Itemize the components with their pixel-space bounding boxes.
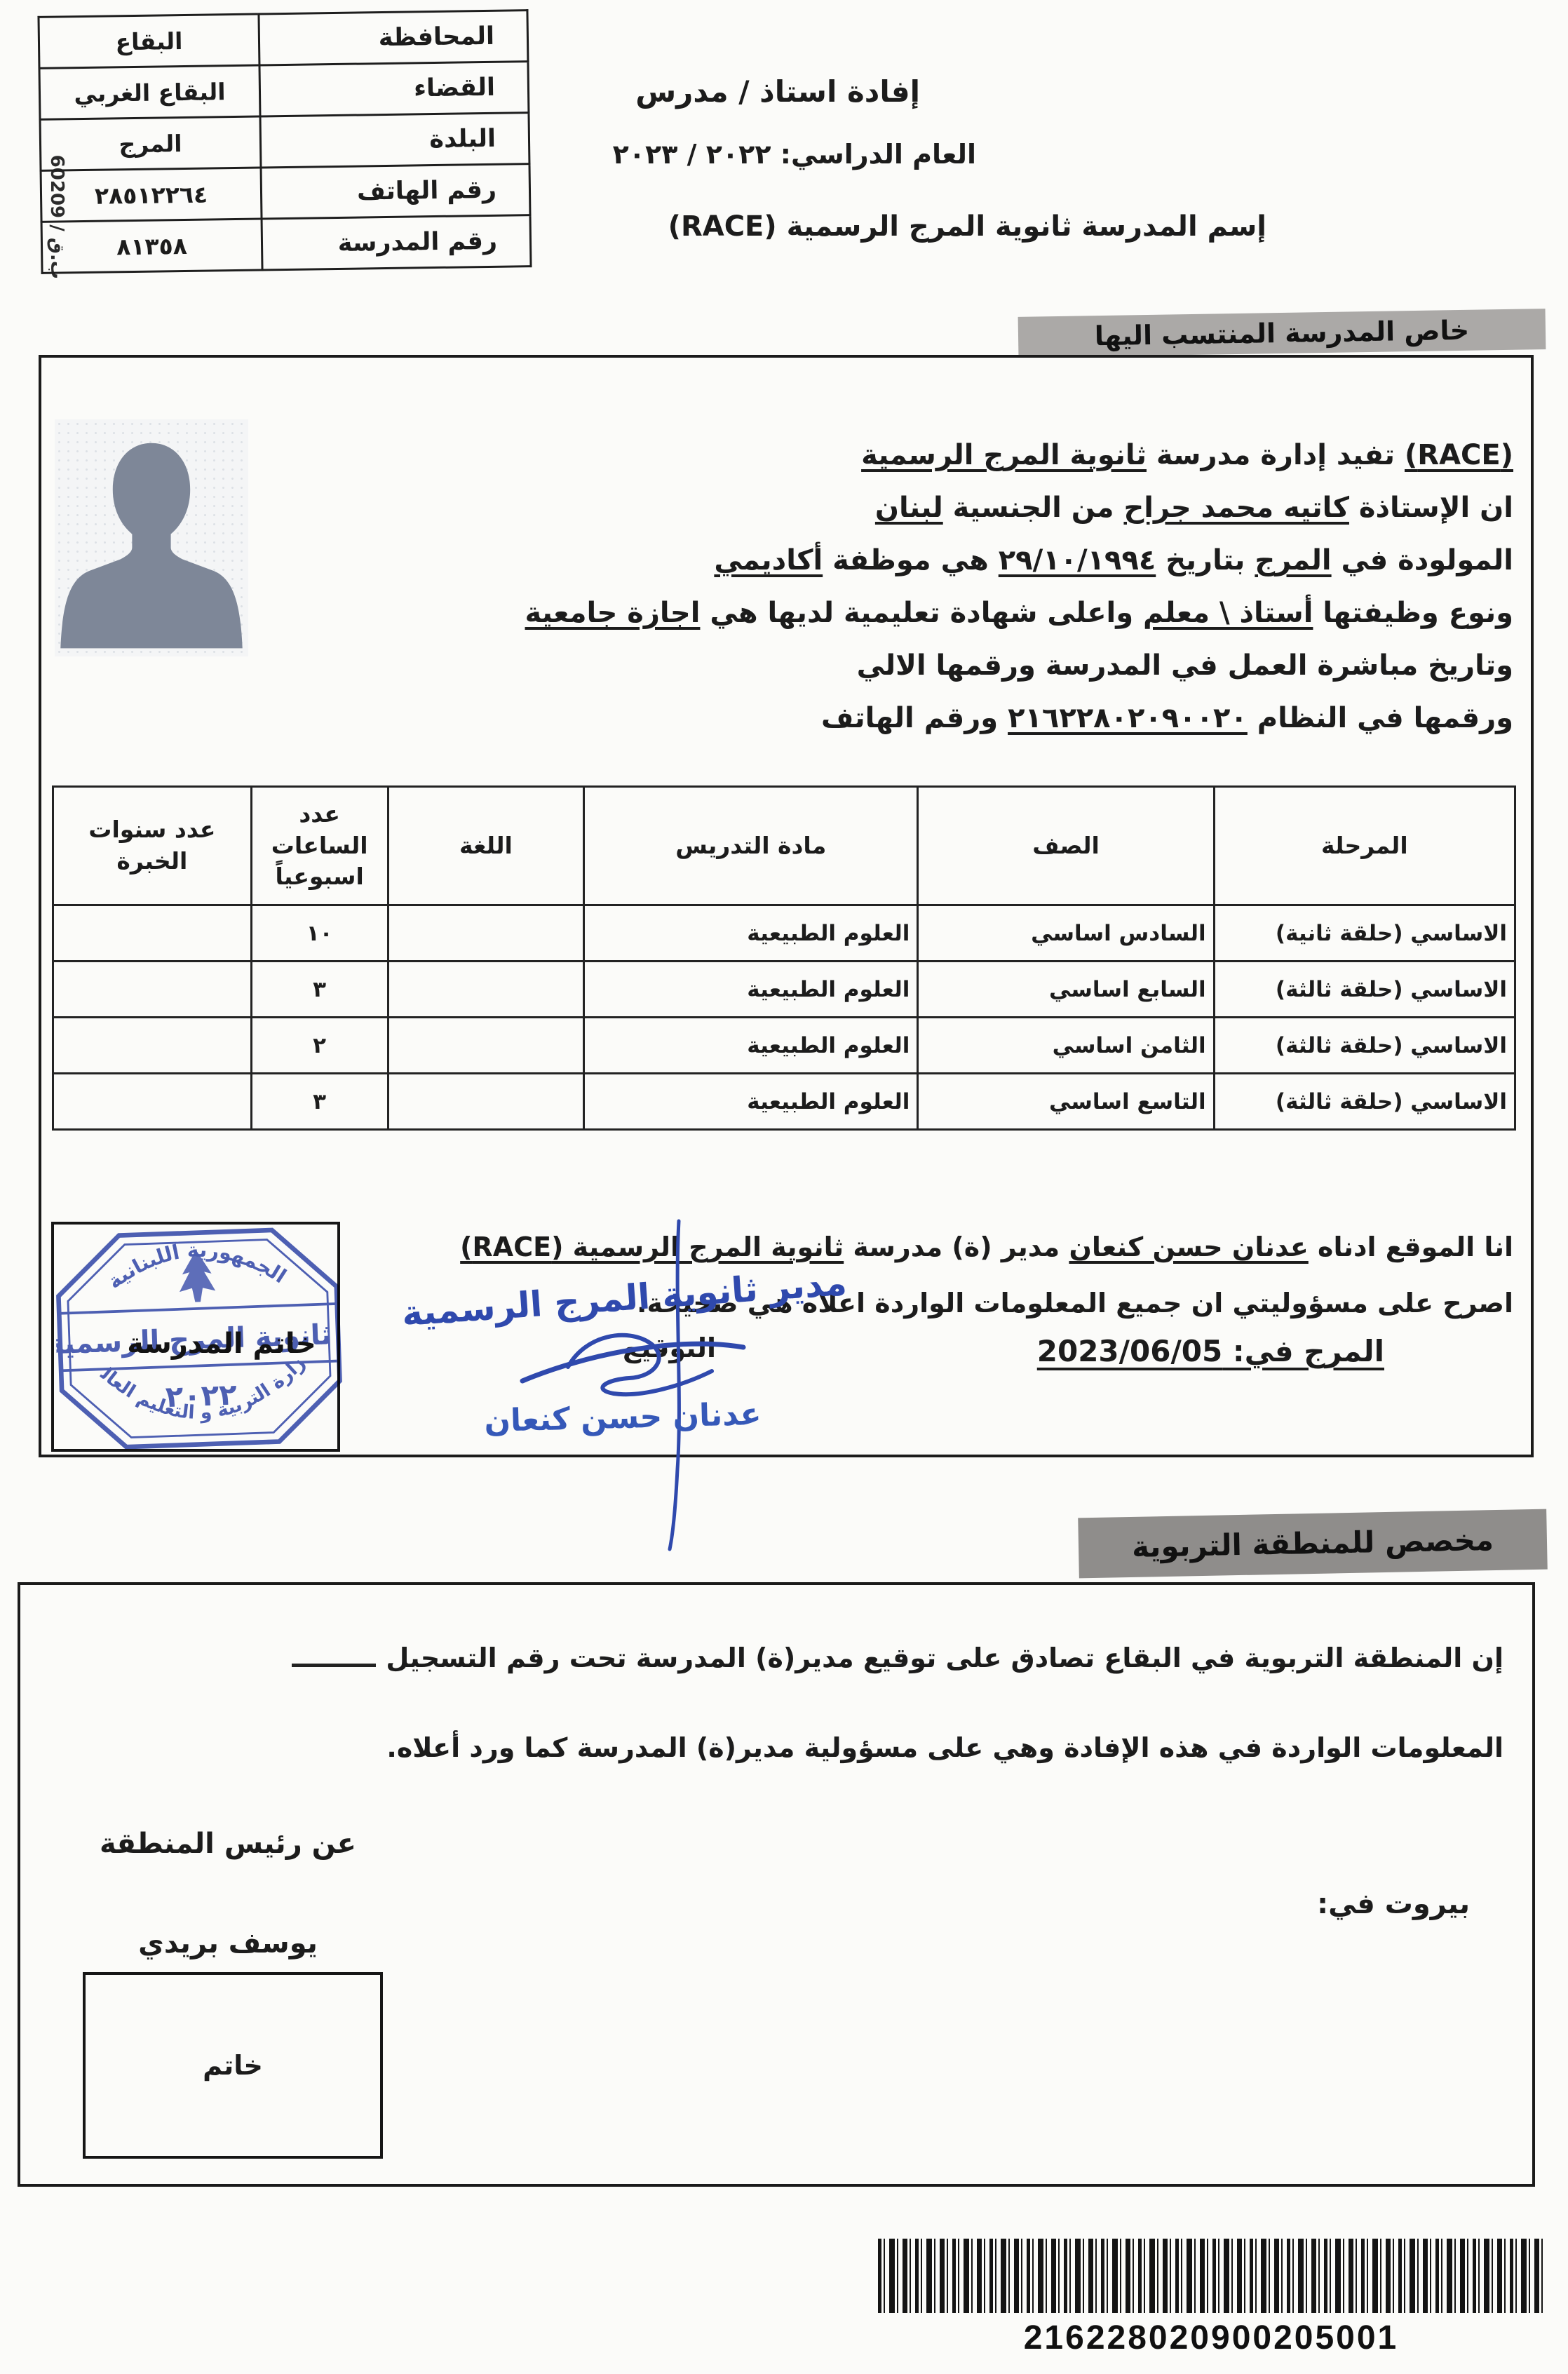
certify-line-3: المولودة في المرج بتاريخ ٢٩/١٠/١٩٩٤ هي م… [721, 534, 1513, 587]
info-label-governorate: المحافظة [259, 11, 528, 65]
table-row: المحافظة البقاع [39, 11, 528, 69]
document-title: إفادة استاذ / مدرس [635, 74, 920, 109]
birth-place: المرج [1255, 544, 1331, 576]
school-name-line: إسم المدرسة ثانوية المرج الرسمية (RACE) [668, 210, 1266, 243]
beirut-date-label: بيروت في: [1317, 1888, 1470, 1920]
table-row: الاساسي (حلقة ثانية) السادس اساسي العلوم… [53, 905, 1515, 962]
col-stage: المرحلة [1214, 787, 1515, 905]
place-date-line: المرج في: 2023/06/05 [1037, 1334, 1384, 1368]
employee-type: أكاديمي [714, 544, 823, 576]
info-value-governorate: البقاع [39, 14, 259, 68]
barcode-number: 216228020900205001 [878, 2319, 1544, 2357]
table-row: رقم المدرسة ٨١٣٥٨ [41, 215, 531, 274]
info-label-town: البلدة [260, 113, 529, 168]
col-experience-years: عدد سنوات الخبرة [53, 787, 252, 905]
district-head-name: يوسف بريدي [112, 1927, 344, 1960]
academic-year-line: العام الدراسي: ٢٠٢٢ / ٢٠٢٣ [613, 139, 976, 170]
barcode [878, 2239, 1544, 2313]
table-row: البلدة المرج [40, 113, 529, 171]
table-row: الاساسي (حلقة ثالثة) الثامن اساسي العلوم… [53, 1018, 1515, 1074]
info-label-phone: رقم الهاتف [261, 164, 530, 219]
system-number: ٢١٦٢٢٨٠٢٠٩٠٠٢٠ [1008, 702, 1248, 734]
col-weekly-hours: عدد الساعات اسبوعياً [251, 787, 388, 905]
info-label-school-number: رقم المدرسة [262, 215, 531, 270]
school-code: (RACE) [1405, 439, 1513, 471]
certify-line-4: ونوع وظيفتها أستاذ \ معلم واعلى شهادة تع… [721, 587, 1513, 640]
photo-placeholder [55, 419, 248, 656]
birth-date: ٢٩/١٠/١٩٩٤ [999, 544, 1156, 576]
registration-number-blank [292, 1637, 376, 1667]
info-value-town: المرج [40, 116, 261, 170]
table-row: الاساسي (حلقة ثالثة) التاسع اساسي العلوم… [53, 1074, 1515, 1130]
school-info-table: المحافظة البقاع القضاء البقاع الغربي الب… [37, 9, 532, 274]
principal-name: عدنان حسن كنعان [1069, 1232, 1308, 1262]
table-row: القضاء البقاع الغربي [39, 62, 529, 120]
teacher-info-paragraph: (RACE) تفيد إدارة مدرسة ثانوية المرج الر… [721, 429, 1513, 745]
certify-line-1: (RACE) تفيد إدارة مدرسة ثانوية المرج الر… [721, 429, 1513, 482]
certify-line-2: ان الإستاذة كاتيه محمد جراح من الجنسية ل… [721, 482, 1513, 534]
job-type: أستاذ \ معلم [1143, 597, 1313, 629]
nationality: لبنان [875, 492, 943, 524]
degree: اجازة جامعية [525, 597, 701, 629]
info-value-district: البقاع الغربي [39, 65, 260, 119]
school-stamp-printed-label: خاتم المدرسة [123, 1328, 320, 1360]
certify-line-5: وتاريخ مباشرة العمل في المدرسة ورقمها ال… [721, 640, 1513, 692]
district-stamp-label: خاتم [203, 2050, 263, 2081]
school-section-banner: خاص المدرسة المنتسب اليها [1018, 309, 1546, 358]
info-label-district: القضاء [259, 62, 529, 116]
district-stamp-box: خاتم [83, 1972, 383, 2159]
table-row: الاساسي (حلقة ثالثة) السابع اساسي العلوم… [53, 962, 1515, 1018]
certificate-page: ب.ق / 60209 المحافظة البقاع القضاء البقا… [0, 0, 1568, 2374]
district-section-banner: مخصص للمنطقة التربوية [1078, 1509, 1548, 1579]
info-value-school-number: ٨١٣٥٨ [41, 219, 262, 273]
handwritten-principal-name: عدنان حسن كنعان [482, 1396, 763, 1439]
signature-ink [501, 1217, 789, 1553]
district-line-1: إن المنطقة التربوية في البقاع تصادق على … [297, 1613, 1503, 1703]
teacher-name: كاتيه محمد جراح [1123, 492, 1349, 524]
person-silhouette-icon [55, 419, 248, 656]
district-line-2: المعلومات الواردة في هذه الإفادة وهي على… [297, 1703, 1503, 1793]
col-language: اللغة [388, 787, 584, 905]
table-row: رقم الهاتف ٢٨٥١٢٢٦٤ [41, 164, 530, 222]
certify-line-6: ورقمها في النظام ٢١٦٢٢٨٠٢٠٩٠٠٢٠ ورقم اله… [721, 692, 1513, 745]
district-head-label: عن رئيس المنطقة [91, 1828, 365, 1860]
school-name: ثانوية المرج الرسمية [861, 439, 1147, 471]
district-paragraph: إن المنطقة التربوية في البقاع تصادق على … [297, 1613, 1503, 1793]
teaching-assignments-table: المرحلة الصف مادة التدريس اللغة عدد السا… [52, 785, 1516, 1131]
col-subject: مادة التدريس [584, 787, 918, 905]
table-header-row: المرحلة الصف مادة التدريس اللغة عدد السا… [53, 787, 1515, 905]
col-class: الصف [918, 787, 1214, 905]
info-value-phone: ٢٨٥١٢٢٦٤ [41, 168, 262, 222]
